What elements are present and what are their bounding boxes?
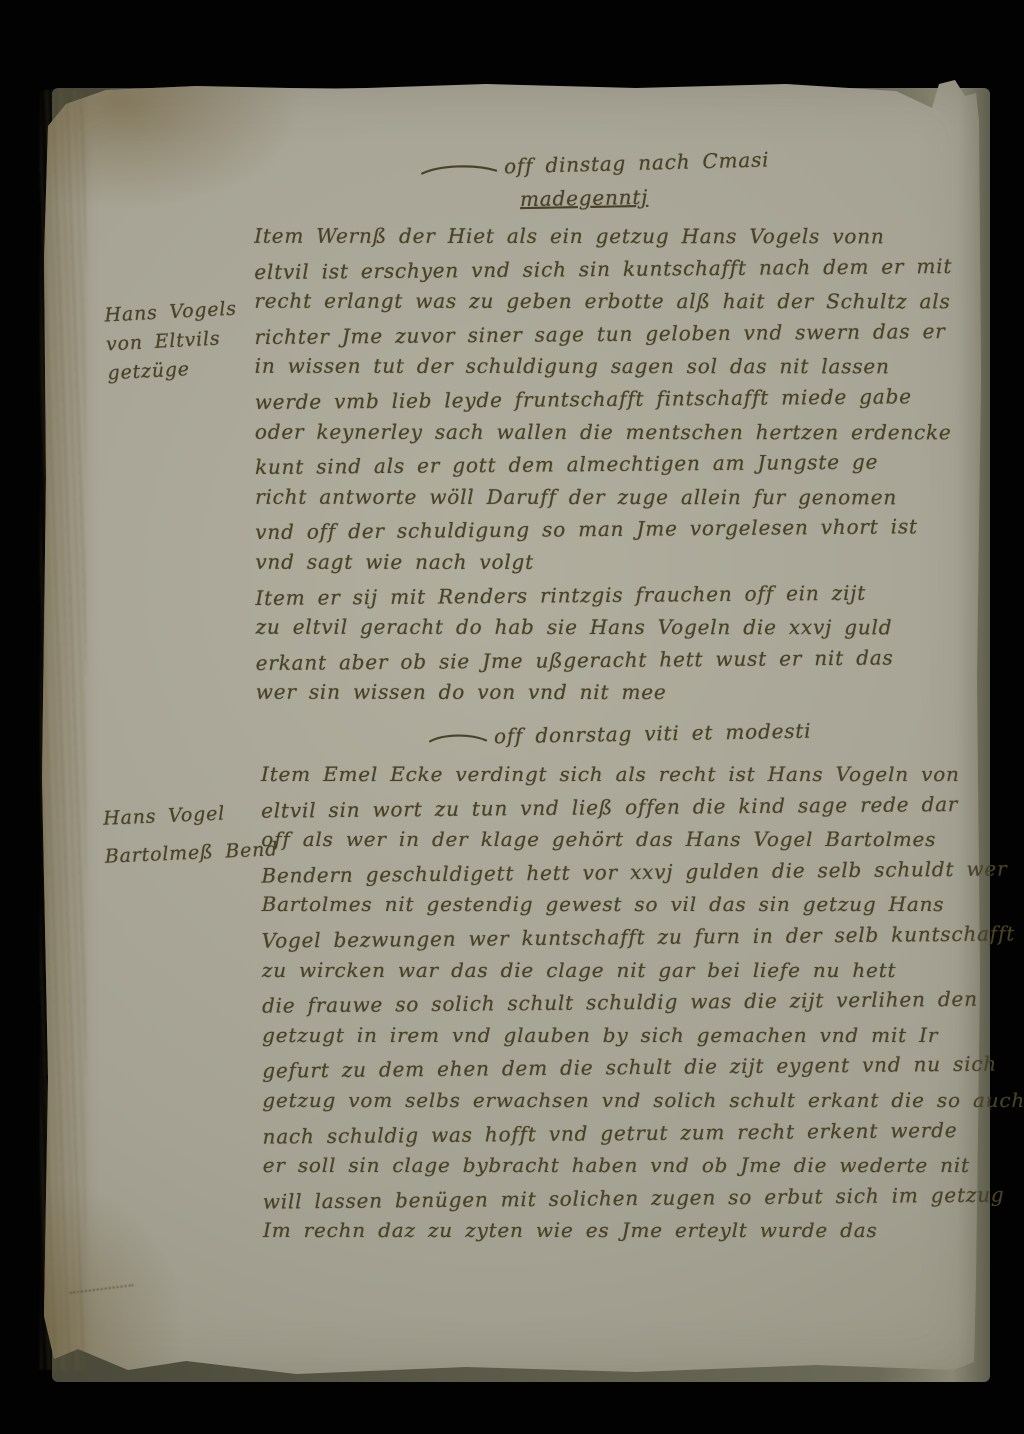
text-line: nach schuldig was hofft vnd getrut zum r… [262,1113,1024,1153]
text-line: er soll sin clage bybracht haben vnd ob … [263,1149,1024,1182]
photograph-background: off dinstag nach Cmasi madegenntj Hans V… [0,0,1024,1434]
text-line: getzugt in irem vnd glauben by sich gema… [262,1019,1024,1052]
text-line: Vogel bezwungen wer kuntschafft zu furn … [262,917,1024,957]
heading-date-1-line2: madegenntj [520,185,649,211]
text-line: Item Emel Ecke verdingt sich als recht i… [261,758,1024,791]
text-line: kunt sind als er gott dem almechtigen am… [255,445,953,484]
text-line: zu eltvil geracht do hab sie Hans Vogeln… [256,611,954,644]
margin-note-line: Bartolmeß Bend [104,830,279,876]
text-line: Item er sij mit Renders rintzgis frauche… [255,575,953,614]
text-line: erkant aber ob sie Jme ußgeracht hett wu… [256,641,954,680]
text-line: wer sin wissen do von vnd nit mee [256,676,954,709]
testimony-paragraph-2: Item Emel Ecke verdingt sich als recht i… [261,756,1024,1248]
text-line: eltvil sin wort zu tun vnd ließ offen di… [261,787,1024,827]
text-line: recht erlangt was zu geben erbotte alß h… [254,285,952,318]
text-line: richt antworte wöll Daruff der zuge alle… [255,480,953,513]
text-line: getzug vom selbs erwachsen vnd solich sc… [262,1084,1024,1117]
pen-flourish-icon [420,161,498,177]
text-line: will lassen benügen mit solichen zugen s… [263,1178,1024,1218]
margin-note-witness-1: Hans Vogels von Eltvils getzüge [104,295,241,389]
text-line: Im rechn daz zu zyten wie es Jme erteylt… [263,1214,1024,1247]
text-line: gefurt zu dem ehen dem die schult die zi… [262,1048,1024,1088]
testimony-paragraph-1: Item Wernß der Hiet als ein getzug Hans … [254,219,954,710]
text-line: Bendern geschuldigett hett vor xxvj guld… [261,852,1024,892]
text-line: in wissen tut der schuldigung sagen sol … [255,350,953,383]
text-line: vnd sagt wie nach volgt [255,546,953,579]
text-line: Item Wernß der Hiet als ein getzug Hans … [254,220,952,253]
text-line: die frauwe so solich schult schuldig was… [262,982,1024,1022]
text-line: Bartolmes nit gestendig gewest so vil da… [262,888,1024,921]
text-line: werde vmb lieb leyde fruntschafft fintsc… [255,380,953,419]
text-line: off als wer in der klage gehört das Hans… [261,823,1024,856]
pen-flourish-icon [428,731,488,746]
text-line: zu wircken war das die clage nit gar bei… [262,954,1024,987]
text-line: eltvil ist erschyen vnd sich sin kuntsch… [254,250,952,289]
text-line: vnd off der schuldigung so man Jme vorge… [255,510,953,549]
text-line: richter Jme zuvor siner sage tun geloben… [254,315,952,354]
text-line: oder keynerley sach wallen die mentschen… [255,415,953,448]
margin-note-parties: Hans Vogel Bartolmeß Bend [102,792,278,875]
